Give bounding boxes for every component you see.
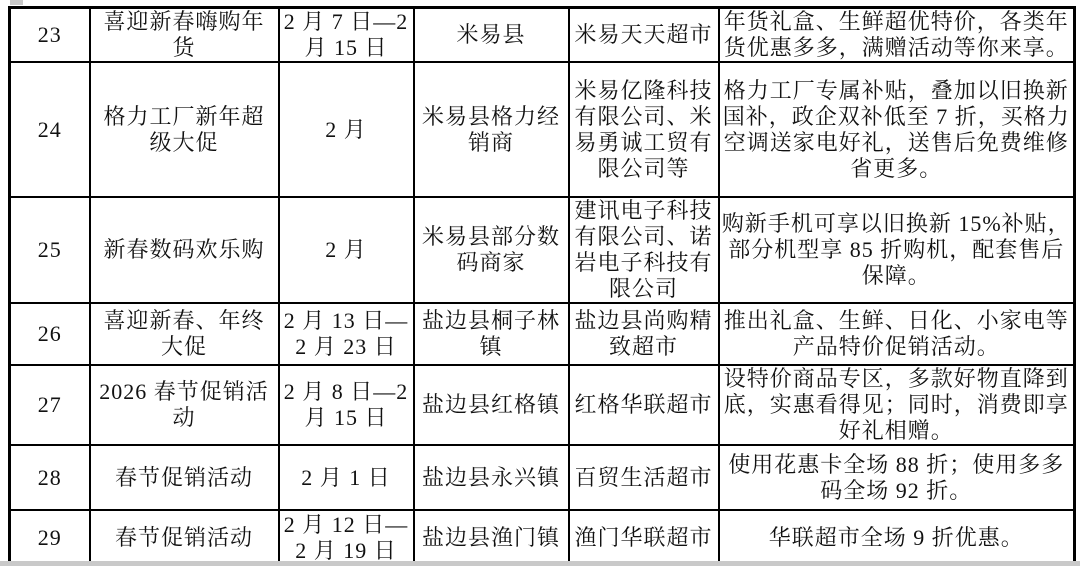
cell-description: 使用花惠卡全场 88 折；使用多多码全场 92 折。 <box>719 445 1075 510</box>
cell-row-number: 23 <box>10 8 90 63</box>
cell-activity-location: 盐边县桐子林镇 <box>414 303 569 365</box>
table-row: 26 喜迎新春、年终大促 2 月 13 日—2 月 23 日 盐边县桐子林镇 盐… <box>10 303 1075 365</box>
cell-activity-name: 春节促销活动 <box>90 445 279 510</box>
cell-activity-date: 2 月 8 日—2 月 15 日 <box>279 365 414 445</box>
scan-artifact <box>10 0 23 5</box>
cell-merchant: 百贸生活超市 <box>569 445 719 510</box>
page-edge-shadow <box>0 561 1080 566</box>
cell-merchant: 米易亿隆科技有限公司、米易勇诚工贸有限公司等 <box>569 62 719 197</box>
cell-row-number: 28 <box>10 445 90 510</box>
cell-activity-location: 米易县格力经销商 <box>414 62 569 197</box>
cell-activity-location: 盐边县渔门镇 <box>414 510 569 566</box>
cell-activity-date: 2 月 13 日—2 月 23 日 <box>279 303 414 365</box>
cell-merchant: 米易天天超市 <box>569 8 719 63</box>
cell-merchant: 建讯电子科技有限公司、诺岩电子科技有限公司 <box>569 197 719 303</box>
table-row: 28 春节促销活动 2 月 1 日 盐边县永兴镇 百贸生活超市 使用花惠卡全场 … <box>10 445 1075 510</box>
cell-activity-location: 盐边县红格镇 <box>414 365 569 445</box>
promotions-table-body: 23 喜迎新春嗨购年货 2 月 7 日—2 月 15 日 米易县 米易天天超市 … <box>10 8 1075 566</box>
cell-activity-name: 喜迎新春、年终大促 <box>90 303 279 365</box>
cell-row-number: 27 <box>10 365 90 445</box>
cell-description: 年货礼盒、生鲜超优特价，各类年货优惠多多，满赠活动等你来享。 <box>719 8 1075 63</box>
cell-activity-name: 春节促销活动 <box>90 510 279 566</box>
cell-activity-name: 格力工厂新年超级大促 <box>90 62 279 197</box>
cell-activity-date: 2 月 <box>279 62 414 197</box>
cell-activity-name: 2026 春节促销活动 <box>90 365 279 445</box>
cell-merchant: 红格华联超市 <box>569 365 719 445</box>
cell-activity-date: 2 月 <box>279 197 414 303</box>
promotions-table: 23 喜迎新春嗨购年货 2 月 7 日—2 月 15 日 米易县 米易天天超市 … <box>8 6 1076 566</box>
document-page: 23 喜迎新春嗨购年货 2 月 7 日—2 月 15 日 米易县 米易天天超市 … <box>0 0 1080 566</box>
cell-activity-location: 米易县 <box>414 8 569 63</box>
cell-description: 推出礼盒、生鲜、日化、小家电等产品特价促销活动。 <box>719 303 1075 365</box>
cell-merchant: 盐边县尚购精致超市 <box>569 303 719 365</box>
table-row: 25 新春数码欢乐购 2 月 米易县部分数码商家 建讯电子科技有限公司、诺岩电子… <box>10 197 1075 303</box>
cell-activity-name: 喜迎新春嗨购年货 <box>90 8 279 63</box>
cell-description: 设特价商品专区，多款好物直降到底，实惠看得见；同时，消费即享好礼相赠。 <box>719 365 1075 445</box>
table-row: 29 春节促销活动 2 月 12 日—2 月 19 日 盐边县渔门镇 渔门华联超… <box>10 510 1075 566</box>
cell-description: 华联超市全场 9 折优惠。 <box>719 510 1075 566</box>
table-row: 24 格力工厂新年超级大促 2 月 米易县格力经销商 米易亿隆科技有限公司、米易… <box>10 62 1075 197</box>
cell-activity-name: 新春数码欢乐购 <box>90 197 279 303</box>
cell-activity-location: 米易县部分数码商家 <box>414 197 569 303</box>
cell-description: 购新手机可享以旧换新 15%补贴，部分机型享 85 折购机，配套售后保障。 <box>719 197 1075 303</box>
cell-activity-date: 2 月 1 日 <box>279 445 414 510</box>
cell-activity-date: 2 月 7 日—2 月 15 日 <box>279 8 414 63</box>
table-row: 23 喜迎新春嗨购年货 2 月 7 日—2 月 15 日 米易县 米易天天超市 … <box>10 8 1075 63</box>
cell-row-number: 26 <box>10 303 90 365</box>
cell-row-number: 24 <box>10 62 90 197</box>
cell-merchant: 渔门华联超市 <box>569 510 719 566</box>
cell-row-number: 25 <box>10 197 90 303</box>
cell-activity-date: 2 月 12 日—2 月 19 日 <box>279 510 414 566</box>
cell-activity-location: 盐边县永兴镇 <box>414 445 569 510</box>
table-row: 27 2026 春节促销活动 2 月 8 日—2 月 15 日 盐边县红格镇 红… <box>10 365 1075 445</box>
cell-description: 格力工厂专属补贴，叠加以旧换新国补，政企双补低至 7 折，买格力空调送家电好礼，… <box>719 62 1075 197</box>
cell-row-number: 29 <box>10 510 90 566</box>
